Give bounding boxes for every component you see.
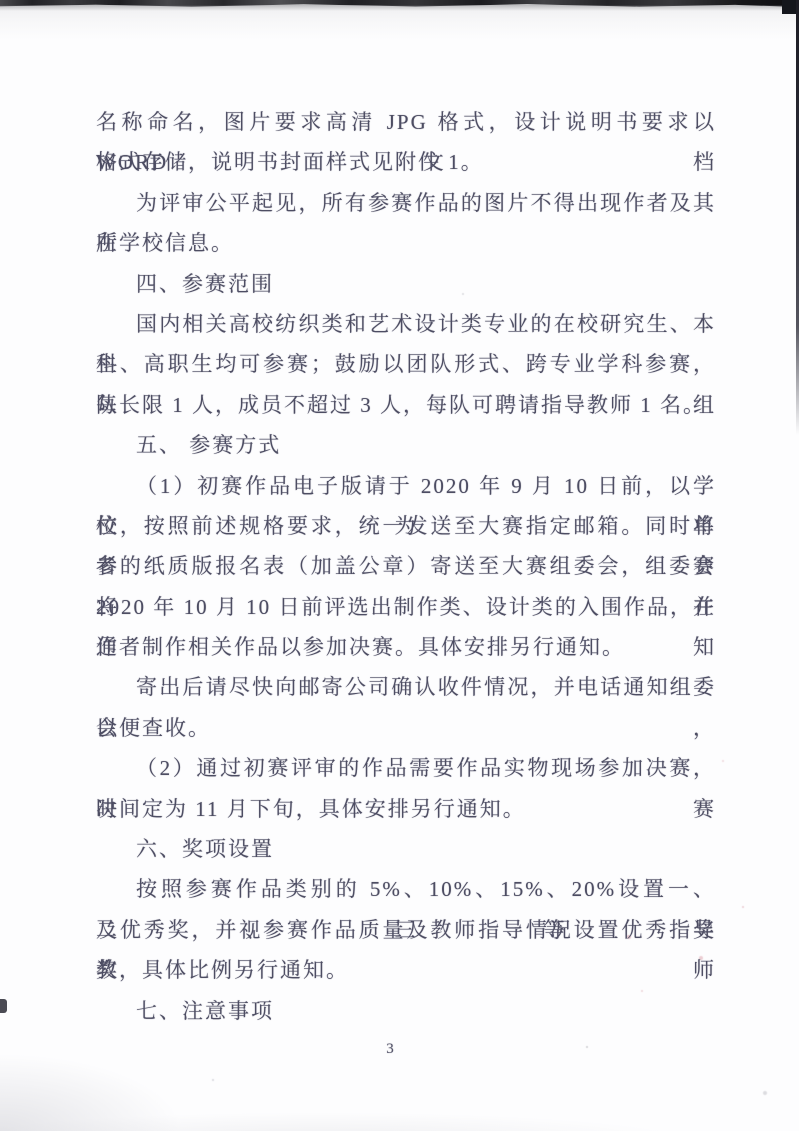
scan-noise-specks	[0, 0, 2, 2]
scanned-document-page: 名称命名，图片要求高清 JPG 格式，设计说明书要求以 WORD 文档格式存储，…	[0, 0, 799, 1131]
document-line: 在学校信息。	[96, 223, 716, 263]
document-line: 七、注意事项	[96, 991, 716, 1031]
document-line: 寄出后请尽快向邮寄公司确认收件情况，并电话通知组委会，	[96, 667, 716, 707]
document-line: 生、高职生均可参赛；鼓励以团队形式、跨专业学科参赛，每组	[96, 344, 716, 384]
document-line: 队长限 1 人，成员不超过 3 人，每队可聘请指导教师 1 名。	[96, 385, 716, 425]
document-line: 作者制作相关作品以参加决赛。具体安排另行通知。	[96, 627, 716, 667]
document-line: 六、奖项设置	[96, 829, 716, 869]
document-line: 者的纸质版报名表（加盖公章）寄送至大赛组委会，组委会将在	[96, 546, 716, 586]
document-line: 为评审公平起见，所有参赛作品的图片不得出现作者及其所	[96, 183, 716, 223]
document-line: （1）初赛作品电子版请于 2020 年 9 月 10 日前，以学校为单	[96, 466, 716, 506]
document-line: 五、 参赛方式	[96, 425, 716, 465]
document-body: 名称命名，图片要求高清 JPG 格式，设计说明书要求以 WORD 文档格式存储，…	[96, 102, 716, 1031]
document-line: 国内相关高校纺织类和艺术设计类专业的在校研究生、本科	[96, 304, 716, 344]
document-line: 位，按照前述规格要求，统一发送至大赛指定邮箱。同时将参赛	[96, 506, 716, 546]
document-line: 名称命名，图片要求高清 JPG 格式，设计说明书要求以 WORD 文档	[96, 102, 716, 142]
scan-artifact-top-haze	[0, 5, 799, 11]
document-line: 按照参赛作品类别的 5%、10%、15%、20%设置一、二、三等奖	[96, 869, 716, 909]
scan-artifact-left-speck	[0, 999, 7, 1013]
document-line: （2）通过初赛评审的作品需要作品实物现场参加决赛，决赛	[96, 748, 716, 788]
document-line: 及优秀奖，并视参赛作品质量及教师指导情况设置优秀指导教师	[96, 910, 716, 950]
document-line: 2020 年 10 月 10 日前评选出制作类、设计类的入围作品，并通知	[96, 587, 716, 627]
page-number: 3	[0, 1041, 780, 1058]
document-line: 四、参赛范围	[96, 264, 716, 304]
